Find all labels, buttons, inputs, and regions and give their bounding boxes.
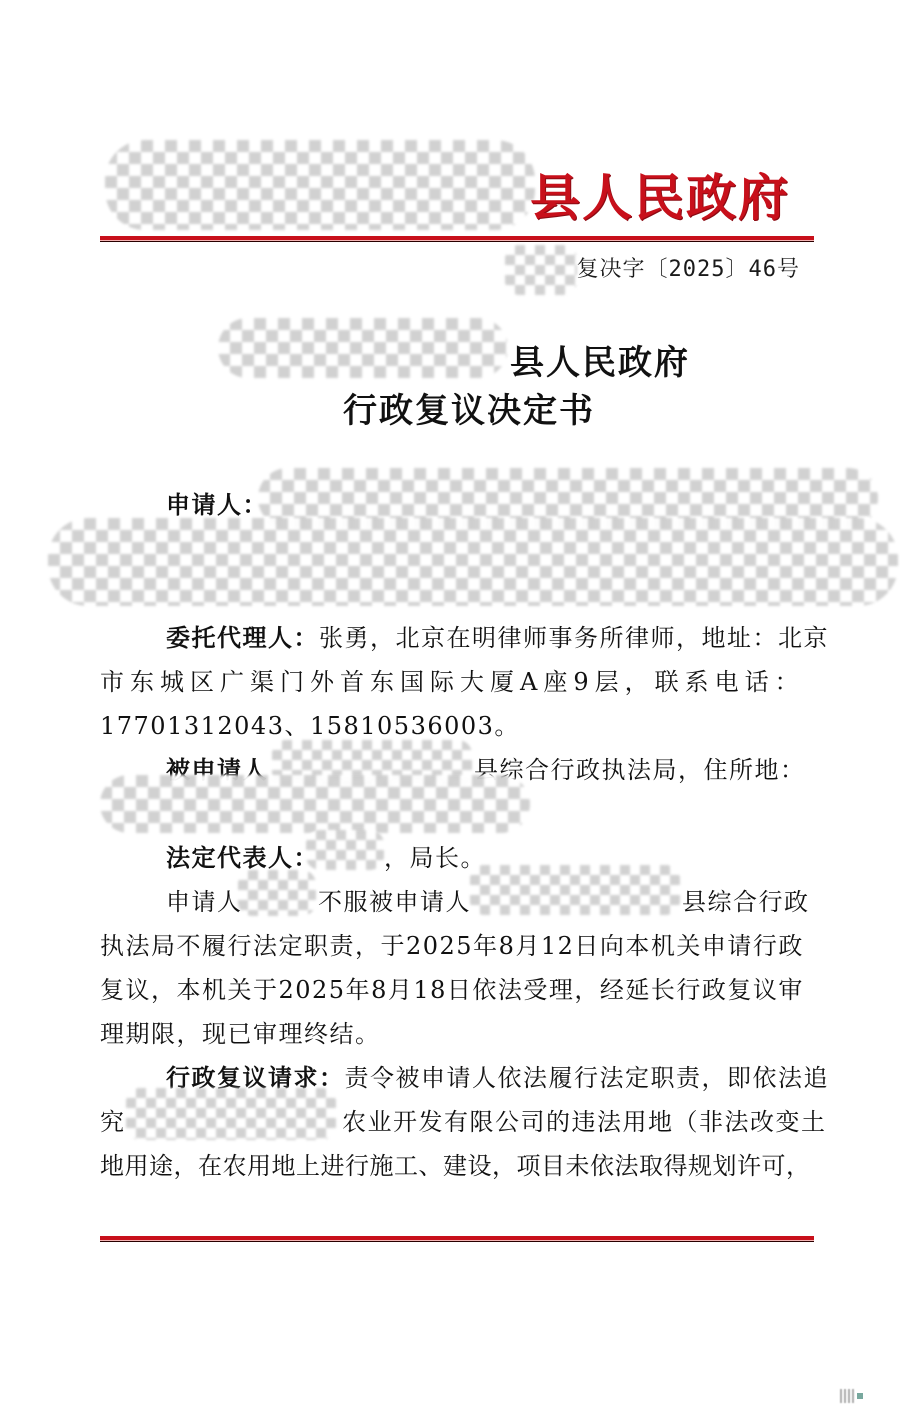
body-text: 地用途，在农用地上进行施工、建设，项目未依法取得规划许可， bbox=[100, 1152, 811, 1180]
body-text: 理期限，现已审理终结。 bbox=[100, 1020, 381, 1048]
body-text: 究 bbox=[100, 1108, 126, 1136]
request-line-2-a: 究 bbox=[100, 1102, 126, 1137]
body-para1-line3: 复议，本机关于2025年8月18日依法受理，经延长行政复议审 bbox=[100, 970, 804, 1005]
title-org: 县人民政府 bbox=[510, 335, 690, 384]
footer-red-rule bbox=[100, 1236, 814, 1242]
legal-rep-line-rest: ，局长。 bbox=[384, 838, 486, 873]
request-line-3: 地用途，在农用地上进行施工、建设，项目未依法取得规划许可， bbox=[100, 1146, 811, 1181]
redaction-applicant-name-body bbox=[238, 870, 316, 916]
body-para1-line1-b: 不服被申请人 bbox=[318, 882, 471, 917]
title-document-type: 行政复议决定书 bbox=[343, 383, 595, 432]
header-red-rule bbox=[100, 236, 814, 242]
legal-rep-label: 法定代表人： bbox=[166, 844, 319, 872]
body-text: 责令被申请人依法履行法定职责，即依法追 bbox=[345, 1064, 830, 1092]
body-para1-line4: 理期限，现已审理终结。 bbox=[100, 1014, 381, 1049]
redaction-org-name-title bbox=[218, 318, 508, 378]
scan-watermark bbox=[840, 1387, 898, 1405]
qr-code-icon bbox=[840, 1389, 854, 1403]
agent-line-1: 委托代理人：张勇，北京在明律师事务所律师，地址：北京 bbox=[166, 618, 829, 653]
app-logo-icon bbox=[857, 1393, 863, 1399]
legal-rep-line: 法定代表人： bbox=[166, 838, 319, 873]
body-para1-line1-a: 申请人 bbox=[166, 882, 243, 917]
body-text: 农业开发有限公司的违法用地（非法改变土 bbox=[342, 1108, 827, 1136]
respondent-line-rest: 县综合行政执法局，住所地： bbox=[474, 750, 806, 785]
applicant-label: 申请人： bbox=[166, 491, 268, 519]
agent-phones: 17701312043、15810536003。 bbox=[100, 712, 520, 740]
body-text: 不服被申请人 bbox=[318, 888, 471, 916]
redaction-org-name-header bbox=[105, 140, 535, 230]
agent-text-1: 张勇，北京在明律师事务所律师，地址：北京 bbox=[319, 624, 829, 652]
document-number: 复决字〔2025〕46号 bbox=[577, 252, 800, 283]
body-para1-line1-c: 县综合行政 bbox=[682, 882, 810, 917]
request-line-2-b: 农业开发有限公司的违法用地（非法改变土 bbox=[342, 1102, 827, 1137]
agent-line-3: 17701312043、15810536003。 bbox=[100, 706, 520, 741]
agent-label: 委托代理人： bbox=[166, 624, 319, 652]
redaction-applicant-info-2 bbox=[48, 518, 898, 606]
body-text: 执法局不履行法定职责，于2025年8月12日向本机关申请行政 bbox=[100, 932, 804, 960]
redaction-respondent-name-body bbox=[470, 865, 680, 915]
redaction-company-name bbox=[126, 1088, 336, 1140]
redaction-respondent-address bbox=[100, 775, 530, 833]
agent-line-2: 市东城区广渠门外首东国际大厦A座9层，联系电话： bbox=[100, 662, 805, 697]
header-org-title: 县人民政府 bbox=[530, 158, 790, 230]
body-para1-line2: 执法局不履行法定职责，于2025年8月12日向本机关申请行政 bbox=[100, 926, 804, 961]
legal-rep-text: ，局长。 bbox=[384, 844, 486, 872]
body-text: 复议，本机关于2025年8月18日依法受理，经延长行政复议审 bbox=[100, 976, 804, 1004]
body-text: 申请人 bbox=[166, 888, 243, 916]
redaction-doc-number-prefix bbox=[505, 245, 577, 295]
respondent-text: 县综合行政执法局，住所地： bbox=[474, 756, 806, 784]
agent-text-2: 市东城区广渠门外首东国际大厦A座9层，联系电话： bbox=[100, 668, 805, 696]
applicant-line: 申请人： bbox=[166, 485, 268, 520]
body-text: 县综合行政 bbox=[682, 888, 810, 916]
redaction-legal-rep-name bbox=[306, 830, 384, 870]
